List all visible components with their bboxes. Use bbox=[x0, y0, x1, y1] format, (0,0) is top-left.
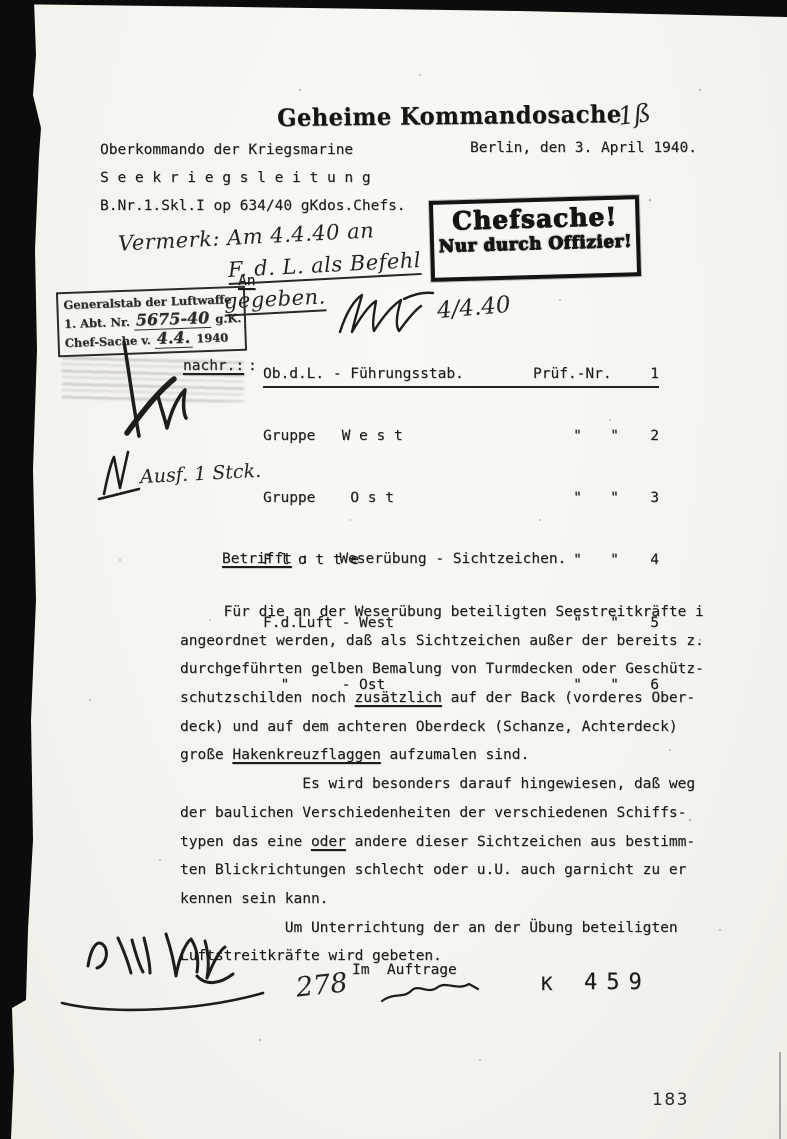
body-line: deck) und auf dem achteren Oberdeck (Sch… bbox=[180, 719, 740, 748]
file-reference-line: B.Nr.1.Skl.I op 634/40 gKdos.Chefs. bbox=[100, 198, 406, 214]
distribution-header-row: Ob.d.L. - Führungsstab. Prüf.-Nr. 1 bbox=[263, 366, 659, 388]
chefsache-stamp: Chefsache! Nur durch Offizier! bbox=[429, 195, 641, 282]
ditto-mark: " bbox=[559, 428, 596, 444]
org-line: Oberkommando der Kriegsmarine bbox=[100, 142, 353, 158]
im-auftrage-line: Im Auftrage bbox=[352, 962, 457, 978]
subject-label: Betrifft bbox=[222, 551, 292, 567]
nachr-colon: : bbox=[248, 358, 257, 374]
subject-text: Weserübung - Sichtzeichen. bbox=[339, 551, 566, 567]
body-line: durchgeführten gelben Bemalung von Turmd… bbox=[180, 661, 740, 690]
distribution-row: Gruppe W e s t " " 2 bbox=[263, 428, 659, 456]
body-line: Um Unterrichtung der an der Übung beteil… bbox=[180, 920, 740, 949]
signature-scribble-remark bbox=[340, 293, 433, 332]
pruef-nr-label: Prüf.-Nr. bbox=[533, 366, 633, 382]
initial-m-scribble bbox=[99, 452, 139, 499]
body-line: ten Blickrichtungen schlecht oder u.U. a… bbox=[180, 862, 740, 891]
subject-separator: : bbox=[292, 551, 309, 567]
stamp-number-label: 1. Abt. Nr. bbox=[64, 315, 130, 331]
document-page: Geheime Kommandosache 1ß Oberkommando de… bbox=[0, 0, 787, 1139]
an-label: An bbox=[238, 273, 255, 289]
handwritten-remark-line1: Vermerk: Am 4.4.40 an bbox=[118, 218, 375, 255]
scan-edge-right bbox=[779, 1052, 781, 1139]
k-mark: K bbox=[541, 973, 553, 995]
department-line: S e e k r i e g s l e i t u n g bbox=[100, 170, 371, 186]
subject-line: Betrifft :Weserübung - Sichtzeichen. bbox=[222, 551, 566, 567]
distribution-name: Gruppe O s t bbox=[263, 490, 559, 506]
body-line: typen das eine oder andere dieser Sichtz… bbox=[180, 834, 740, 863]
body-line: große Hakenkreuzflaggen aufzumalen sind. bbox=[180, 747, 740, 776]
distribution-name: Gruppe W e s t bbox=[263, 428, 559, 444]
ditto-mark: " bbox=[596, 552, 633, 568]
handwritten-number: 278 bbox=[295, 967, 350, 1003]
copy-number: 3 bbox=[633, 490, 659, 506]
copy-number: 2 bbox=[633, 428, 659, 444]
scan-border-top bbox=[0, 0, 787, 17]
ausfertigung-note: Ausf. 1 Stck. bbox=[140, 460, 262, 488]
place-date-line: Berlin, den 3. April 1940. bbox=[470, 140, 697, 156]
faded-stamp-smudge bbox=[62, 356, 244, 402]
ditto-mark: " bbox=[559, 490, 596, 506]
ditto-mark: " bbox=[596, 490, 633, 506]
body-text: Für die an der Weserübung beteiligten Se… bbox=[180, 604, 740, 977]
body-line: Es wird besonders darauf hingewiesen, da… bbox=[180, 776, 740, 805]
body-line: Für die an der Weserübung beteiligten Se… bbox=[180, 604, 740, 633]
signature-underline-swoosh bbox=[62, 993, 263, 1010]
page-number: 183 bbox=[652, 1090, 689, 1110]
ditto-mark: " bbox=[596, 428, 633, 444]
classification-title: Geheime Kommandosache bbox=[277, 99, 622, 132]
body-line: angeordnet werden, daß als Sichtzeichen … bbox=[180, 633, 740, 662]
stamp-date-label: Chef-Sache v. bbox=[64, 333, 151, 350]
body-line: kennen sein kann. bbox=[180, 891, 740, 920]
body-line: Luftstreitkräfte wird gebeten. bbox=[180, 948, 740, 977]
copy-number: 4 bbox=[633, 552, 659, 568]
chefsache-stamp-line2: Nur durch Offizier! bbox=[434, 230, 637, 258]
handwritten-page-mark: 1ß bbox=[616, 98, 652, 131]
stamp-number: 459 bbox=[584, 970, 651, 995]
copy-number: 1 bbox=[633, 366, 659, 382]
distribution-name: Ob.d.L. - Führungsstab. bbox=[263, 366, 533, 382]
scan-border-left bbox=[0, 0, 41, 1139]
stamp-date-handwritten: 4.4. bbox=[154, 328, 192, 349]
stamp-number-handwritten: 5675-40 bbox=[133, 308, 211, 331]
stamp-year: 1940 bbox=[196, 330, 228, 345]
body-line: schutzschilden noch zusätzlich auf der B… bbox=[180, 690, 740, 719]
luftwaffe-receipt-stamp: Generalstab der Luftwaffe 1. Abt. Nr. 56… bbox=[56, 286, 247, 358]
signature-scribble-closing bbox=[382, 984, 478, 1001]
distribution-row: Gruppe O s t " " 3 bbox=[263, 490, 659, 518]
handwritten-remark-line3: gegeben. bbox=[223, 284, 326, 316]
handwritten-signature-date: 4/4.40 bbox=[436, 292, 512, 324]
handwritten-remark-line2: F. d. L. als Befehl bbox=[227, 248, 421, 285]
body-line: der baulichen Verschiedenheiten der vers… bbox=[180, 805, 740, 834]
